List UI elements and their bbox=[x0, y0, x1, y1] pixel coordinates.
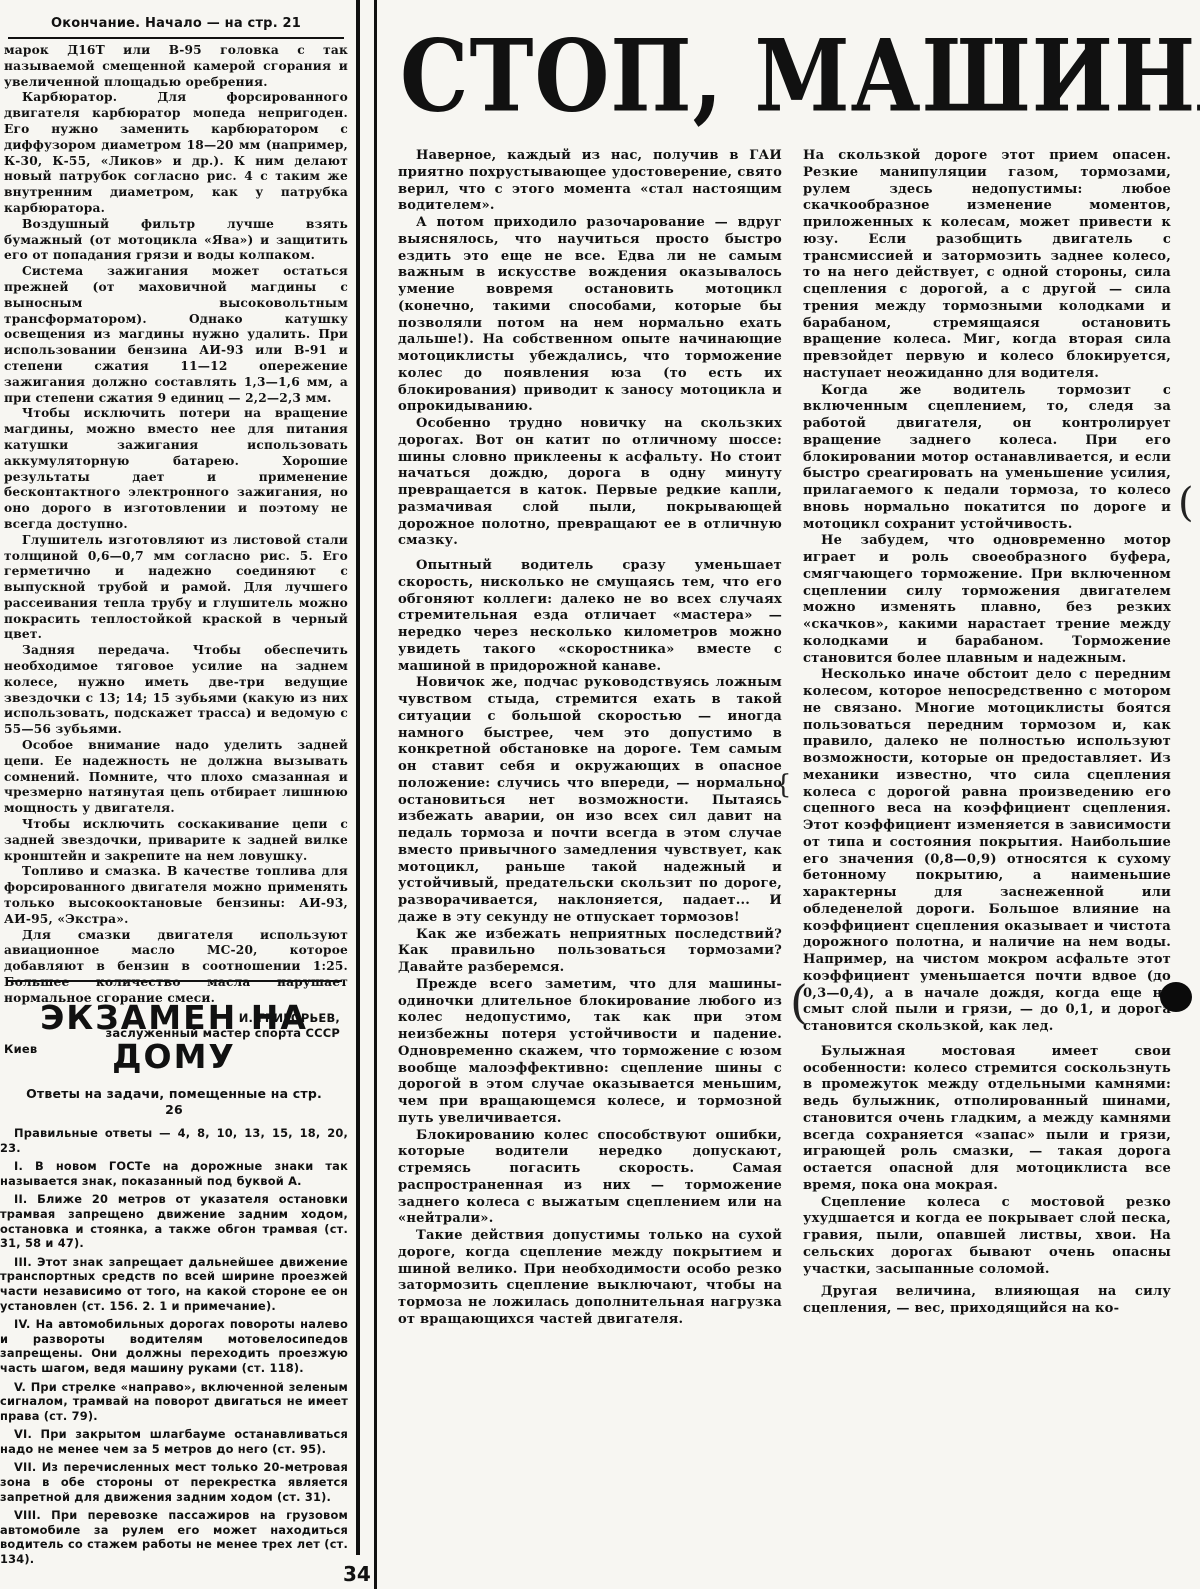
paragraph: А потом приходило разочарование — вдруг … bbox=[398, 215, 782, 416]
paragraph: Карбюратор. Для форсированного двигателя… bbox=[4, 90, 348, 216]
paragraph: Не забудем, что одновременно мотор играе… bbox=[803, 533, 1171, 667]
margin-bracket-mark: ( bbox=[1178, 480, 1194, 526]
answer-item: Правильные ответы — 4, 8, 10, 13, 15, 18… bbox=[0, 1126, 348, 1155]
paragraph: Такие действия допустимы только на сухой… bbox=[398, 1228, 782, 1329]
paragraph: марок Д16Т или В-95 головка с так называ… bbox=[4, 43, 348, 90]
paragraph: Прежде всего заметим, что для машины-оди… bbox=[398, 977, 782, 1128]
answer-item: III. Этот знак запрещает дальнейшее движ… bbox=[0, 1255, 348, 1313]
page-number: 34 bbox=[343, 1562, 371, 1586]
main-article-body-1: Наверное, каждый из нас, получив в ГАИ п… bbox=[398, 148, 782, 1329]
continuation-kicker: Окончание. Начало — на стр. 21 bbox=[8, 0, 344, 39]
paragraph: Топливо и смазка. В качестве топлива для… bbox=[4, 864, 348, 927]
middle-column-article: Наверное, каждый из нас, получив в ГАИ п… bbox=[398, 148, 782, 1329]
paragraph: Другая величина, влияющая на силу сцепле… bbox=[803, 1284, 1171, 1318]
column-rule-main bbox=[374, 0, 377, 1589]
section-divider bbox=[8, 980, 342, 982]
right-column-article: На скользкой дороге этот прием опасен. Р… bbox=[803, 148, 1171, 1318]
answer-item: I. В новом ГОСТе на дорожные знаки так н… bbox=[0, 1159, 348, 1188]
paragraph: Чтобы исключить соскакивание цепи с задн… bbox=[4, 817, 348, 864]
paragraph: Особое внимание надо уделить задней цепи… bbox=[4, 738, 348, 817]
exam-section: ЭКЗАМЕН НА ДОМУ Ответы на задачи, помеще… bbox=[0, 990, 348, 1571]
paragraph: Опытный водитель сразу уменьшает скорост… bbox=[398, 558, 782, 675]
headline: СТОП, МАШИНА! bbox=[400, 8, 1190, 146]
main-article-body-2: На скользкой дороге этот прием опасен. Р… bbox=[803, 148, 1171, 1318]
paragraph: Особенно трудно новичку на скользких дор… bbox=[398, 416, 782, 550]
margin-bracket-mark: { bbox=[775, 770, 792, 800]
answer-item: V. При стрелке «направо», включенной зел… bbox=[0, 1380, 348, 1424]
margin-bracket-mark: ( bbox=[790, 975, 808, 1029]
paragraph: Когда же водитель тормозит с включенным … bbox=[803, 383, 1171, 534]
exam-title: ЭКЗАМЕН НА ДОМУ bbox=[0, 998, 348, 1076]
exam-subtitle: Ответы на задачи, помещенные на стр. 26 bbox=[20, 1086, 328, 1118]
paragraph: Новичок же, подчас руководствуясь ложным… bbox=[398, 675, 782, 926]
paragraph: Несколько иначе обстоит дело с передним … bbox=[803, 667, 1171, 1036]
paragraph: Блокированию колес способствуют ошибки, … bbox=[398, 1128, 782, 1229]
answer-item: VII. Из перечисленных мест только 20-мет… bbox=[0, 1460, 348, 1504]
column-rule-left bbox=[356, 0, 360, 1555]
answer-item: VIII. При перевозке пассажиров на грузов… bbox=[0, 1508, 348, 1566]
paragraph: Задняя передача. Чтобы обеспечить необхо… bbox=[4, 643, 348, 738]
paragraph: Глушитель изготовляют из листовой стали … bbox=[4, 533, 348, 644]
answer-item: VI. При закрытом шлагбауме останавливать… bbox=[0, 1427, 348, 1456]
left-column-article: Окончание. Начало — на стр. 21 марок Д16… bbox=[4, 0, 348, 1058]
paragraph: На скользкой дороге этот прием опасен. Р… bbox=[803, 148, 1171, 383]
paragraph: Чтобы исключить потери на вращение магди… bbox=[4, 406, 348, 532]
exam-answers: Правильные ответы — 4, 8, 10, 13, 15, 18… bbox=[0, 1126, 348, 1567]
ink-blot bbox=[1160, 982, 1192, 1012]
paragraph: Булыжная мостовая имеет свои особенности… bbox=[803, 1044, 1171, 1195]
paragraph: Наверное, каждый из нас, получив в ГАИ п… bbox=[398, 148, 782, 215]
paragraph: Сцепление колеса с мостовой резко ухудша… bbox=[803, 1195, 1171, 1279]
answer-item: II. Ближе 20 метров от указателя останов… bbox=[0, 1192, 348, 1250]
paragraph: Как же избежать неприятных последствий? … bbox=[398, 927, 782, 977]
newspaper-page: Окончание. Начало — на стр. 21 марок Д16… bbox=[0, 0, 1200, 1589]
paragraph: Система зажигания может остаться прежней… bbox=[4, 264, 348, 406]
paragraph: Воздушный фильтр лучше взять бумажный (о… bbox=[4, 217, 348, 264]
answer-item: IV. На автомобильных дорогах повороты на… bbox=[0, 1317, 348, 1375]
left-article-body: марок Д16Т или В-95 головка с так называ… bbox=[4, 43, 348, 1058]
